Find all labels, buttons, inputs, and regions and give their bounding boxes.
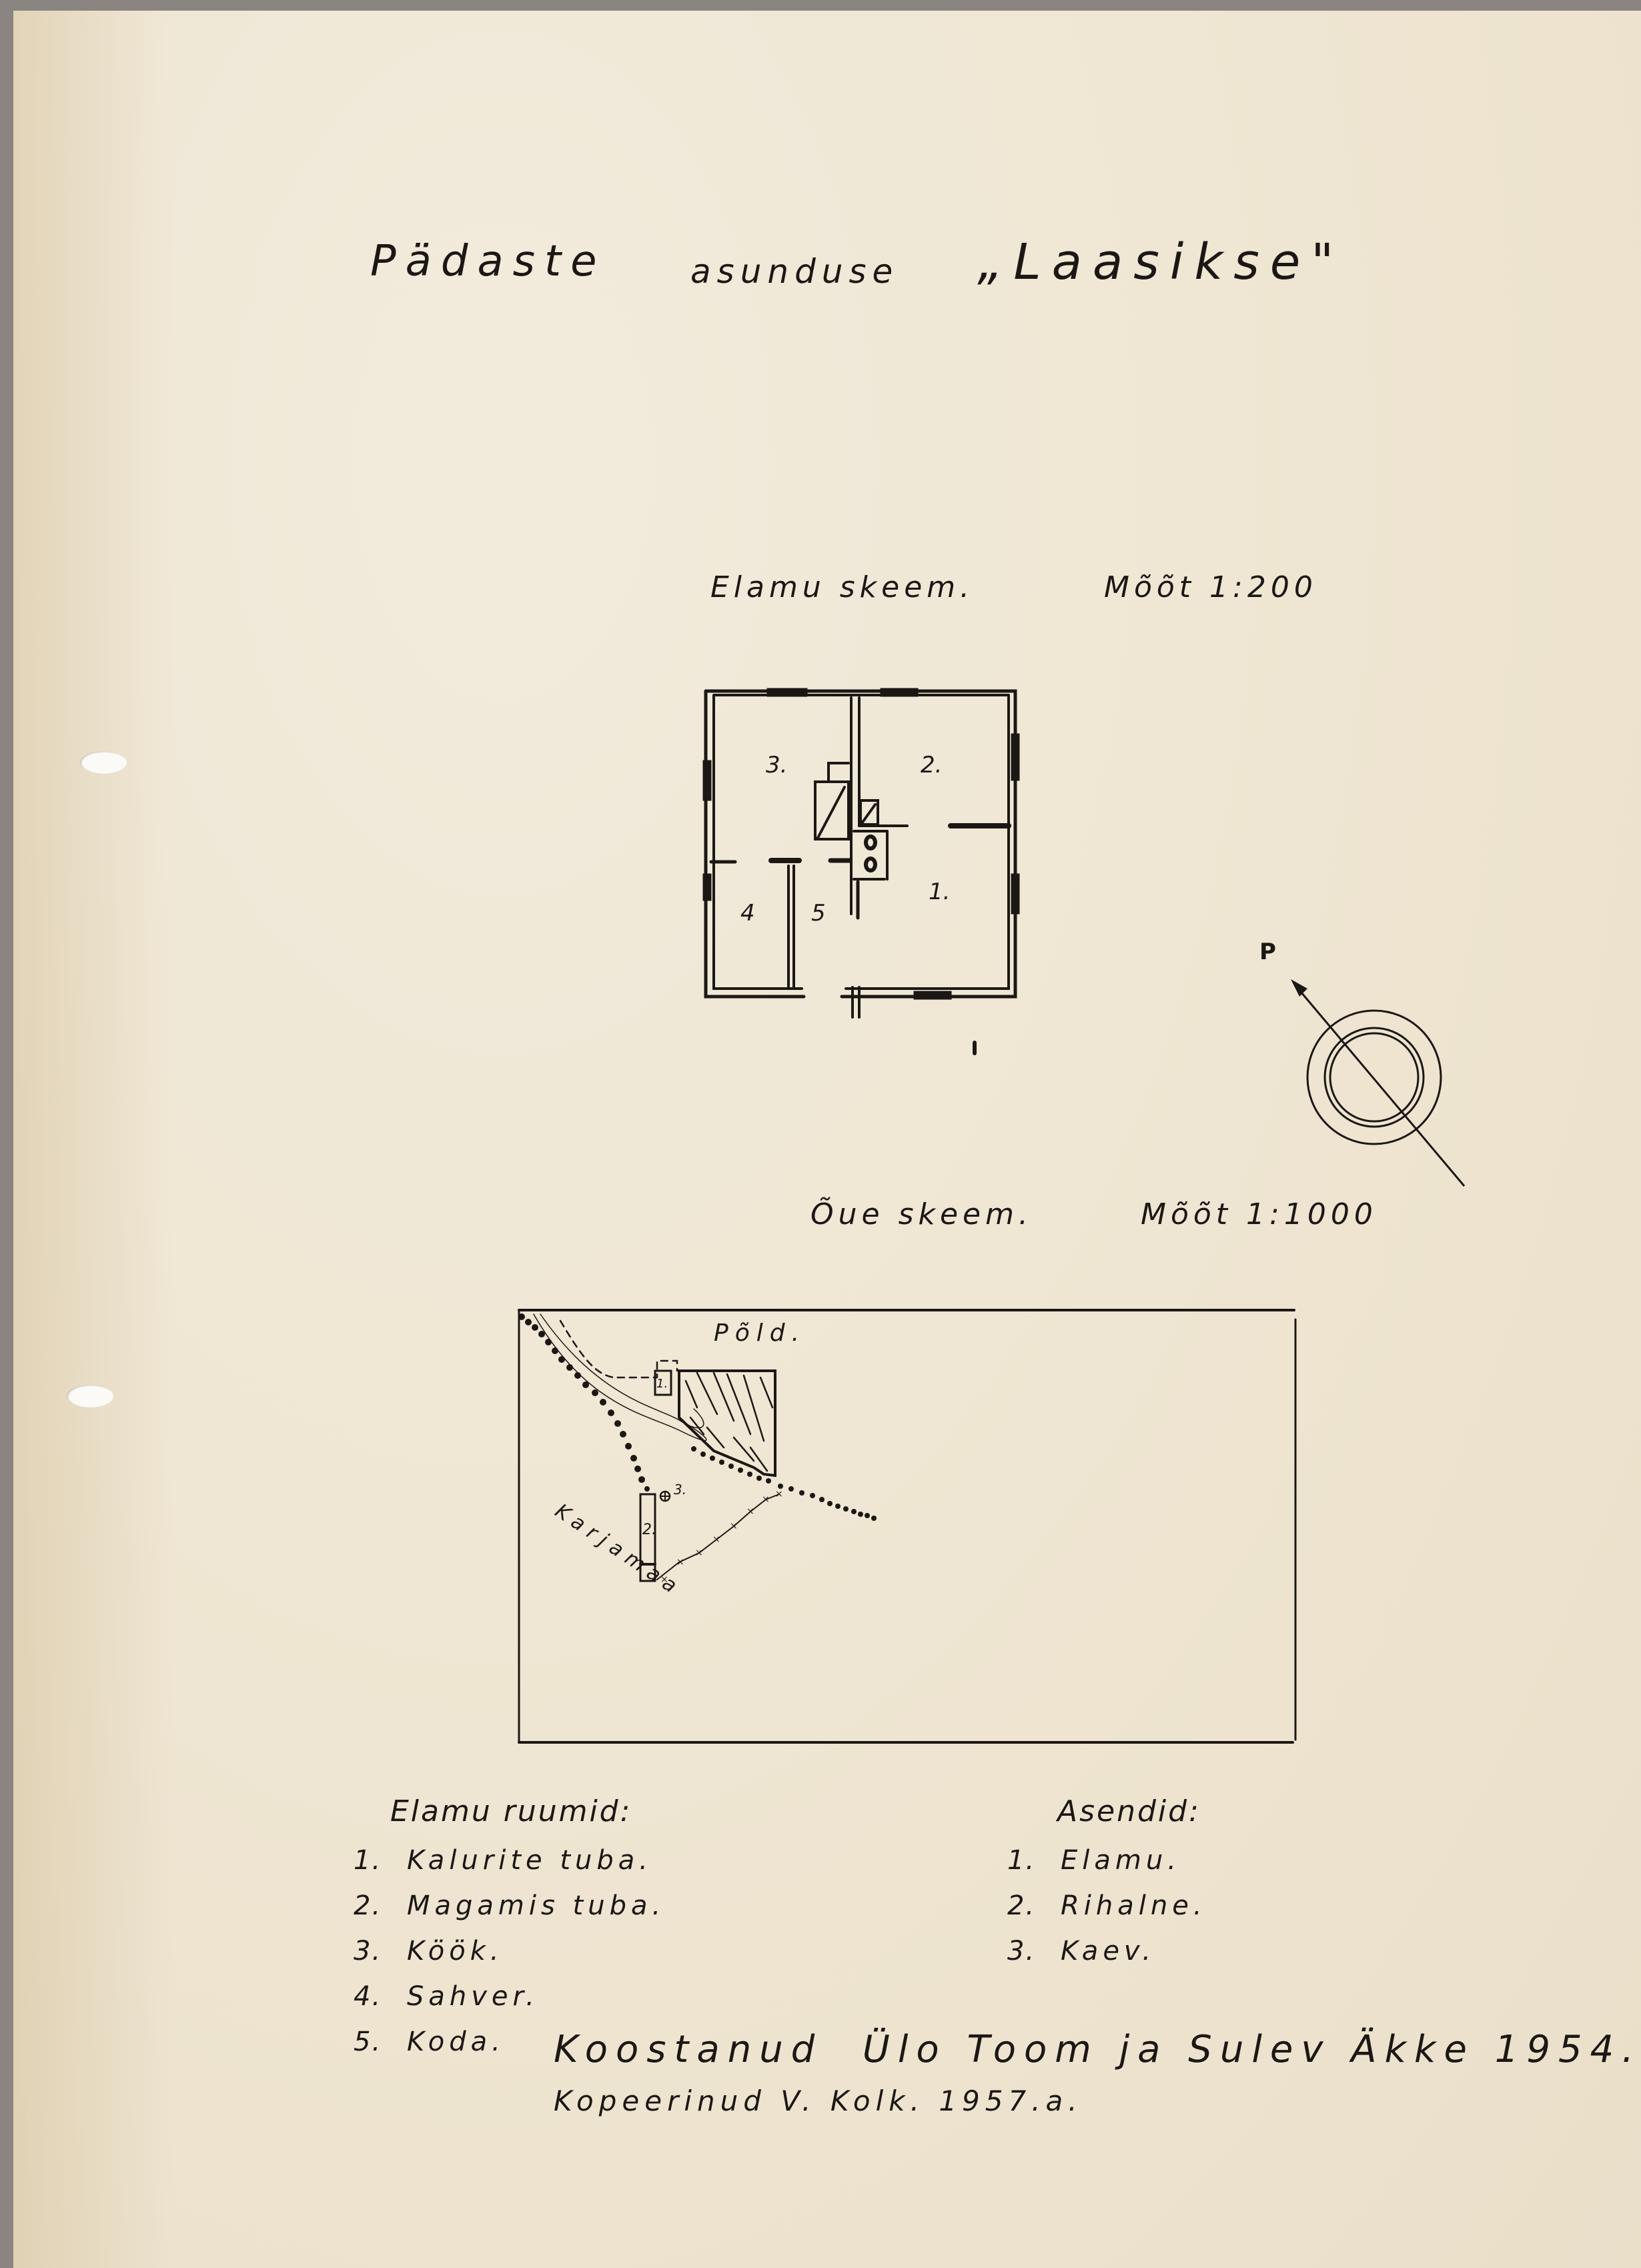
title-settlement: asunduse xyxy=(690,252,899,291)
house-plan-scale: Mõõt 1:200 xyxy=(1104,570,1317,604)
punch-hole xyxy=(80,751,127,774)
label-barn: 2. xyxy=(642,1522,656,1538)
compass-label: P xyxy=(1259,939,1276,965)
svg-text:×: × xyxy=(712,1534,720,1545)
site-plan-heading: Õue skeem. xyxy=(810,1197,1033,1231)
punch-hole xyxy=(67,1385,113,1407)
svg-text:×: × xyxy=(676,1557,684,1568)
svg-text:×: × xyxy=(730,1521,738,1532)
site-plan-drawing: ××× ××× ×× Põld. 1. 2. 3. Karjamaa xyxy=(514,1301,1301,1754)
legend-sites: Asendid: 1.Elamu. 2.Rihalne. 3.Kaev. xyxy=(1007,1794,1207,1974)
legend-site-item: 1.Elamu. xyxy=(1007,1838,1207,1883)
label-house: 1. xyxy=(656,1377,668,1391)
legend-rooms-header: Elamu ruumid: xyxy=(354,1794,665,1828)
svg-text:×: × xyxy=(746,1506,754,1517)
room-label-4: 4 xyxy=(740,900,755,927)
room-label-5: 5 xyxy=(811,900,826,927)
legend-rooms: Elamu ruumid: 1.Kalurite tuba. 2.Magamis… xyxy=(354,1794,665,2065)
label-well: 3. xyxy=(674,1482,686,1498)
room-label-3: 3. xyxy=(766,752,787,778)
floor-plan-drawing: 3. 2. 1. 4 5 xyxy=(687,674,1074,1034)
title-farm-name: „Laasikse" xyxy=(977,233,1344,291)
room-label-1: 1. xyxy=(929,879,950,905)
legend-site-item: 3.Kaev. xyxy=(1007,1928,1207,1974)
legend-room-item: 2.Magamis tuba. xyxy=(354,1883,665,1928)
north-arrow-icon xyxy=(1291,979,1307,997)
compass-rose: P xyxy=(1214,914,1481,1194)
svg-text:×: × xyxy=(775,1489,783,1500)
legend-room-item: 4.Sahver. xyxy=(354,1974,665,2019)
label-pasture: Karjamaa xyxy=(551,1500,687,1602)
house-plan-heading: Elamu skeem. xyxy=(710,570,974,604)
entrance-mark xyxy=(973,1041,977,1055)
svg-text:×: × xyxy=(695,1548,703,1558)
legend-sites-header: Asendid: xyxy=(1007,1794,1207,1828)
room-label-2: 2. xyxy=(921,752,942,778)
title-place: Pädaste xyxy=(370,237,606,286)
credits-copied-by: Kopeerinud V. Kolk. 1957.a. xyxy=(554,2085,1083,2117)
site-plan-scale: Mõõt 1:1000 xyxy=(1141,1197,1378,1231)
svg-text:×: × xyxy=(762,1494,770,1505)
legend-site-item: 2.Rihalne. xyxy=(1007,1883,1207,1928)
credits-compiled-by: Koostanud Ülo Toom ja Sulev Äkke 1954.a. xyxy=(554,2028,1641,2071)
legend-room-item: 3.Köök. xyxy=(354,1928,665,1974)
label-field: Põld. xyxy=(714,1319,806,1347)
legend-room-item: 1.Kalurite tuba. xyxy=(354,1838,665,1883)
